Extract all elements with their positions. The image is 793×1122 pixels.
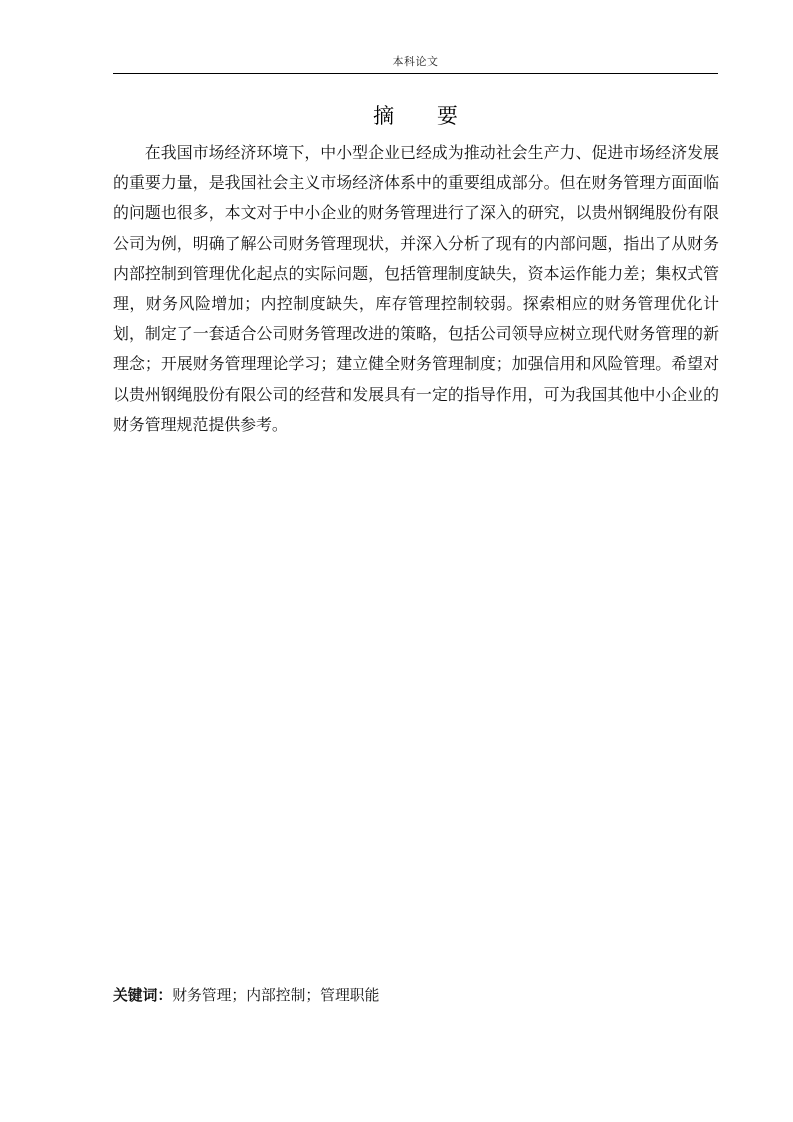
header-divider bbox=[113, 73, 718, 74]
abstract-title: 摘 要 bbox=[113, 100, 718, 130]
keywords-value: 财务管理；内部控制；管理职能 bbox=[172, 987, 379, 1004]
abstract-paragraph: 在我国市场经济环境下，中小型企业已经成为推动社会生产力、促进市场经济发展的重要力… bbox=[113, 138, 719, 440]
keywords-label: 关键词： bbox=[113, 987, 172, 1004]
running-header: 本科论文 bbox=[113, 53, 718, 69]
keywords-line: 关键词：财务管理；内部控制；管理职能 bbox=[113, 984, 718, 1005]
